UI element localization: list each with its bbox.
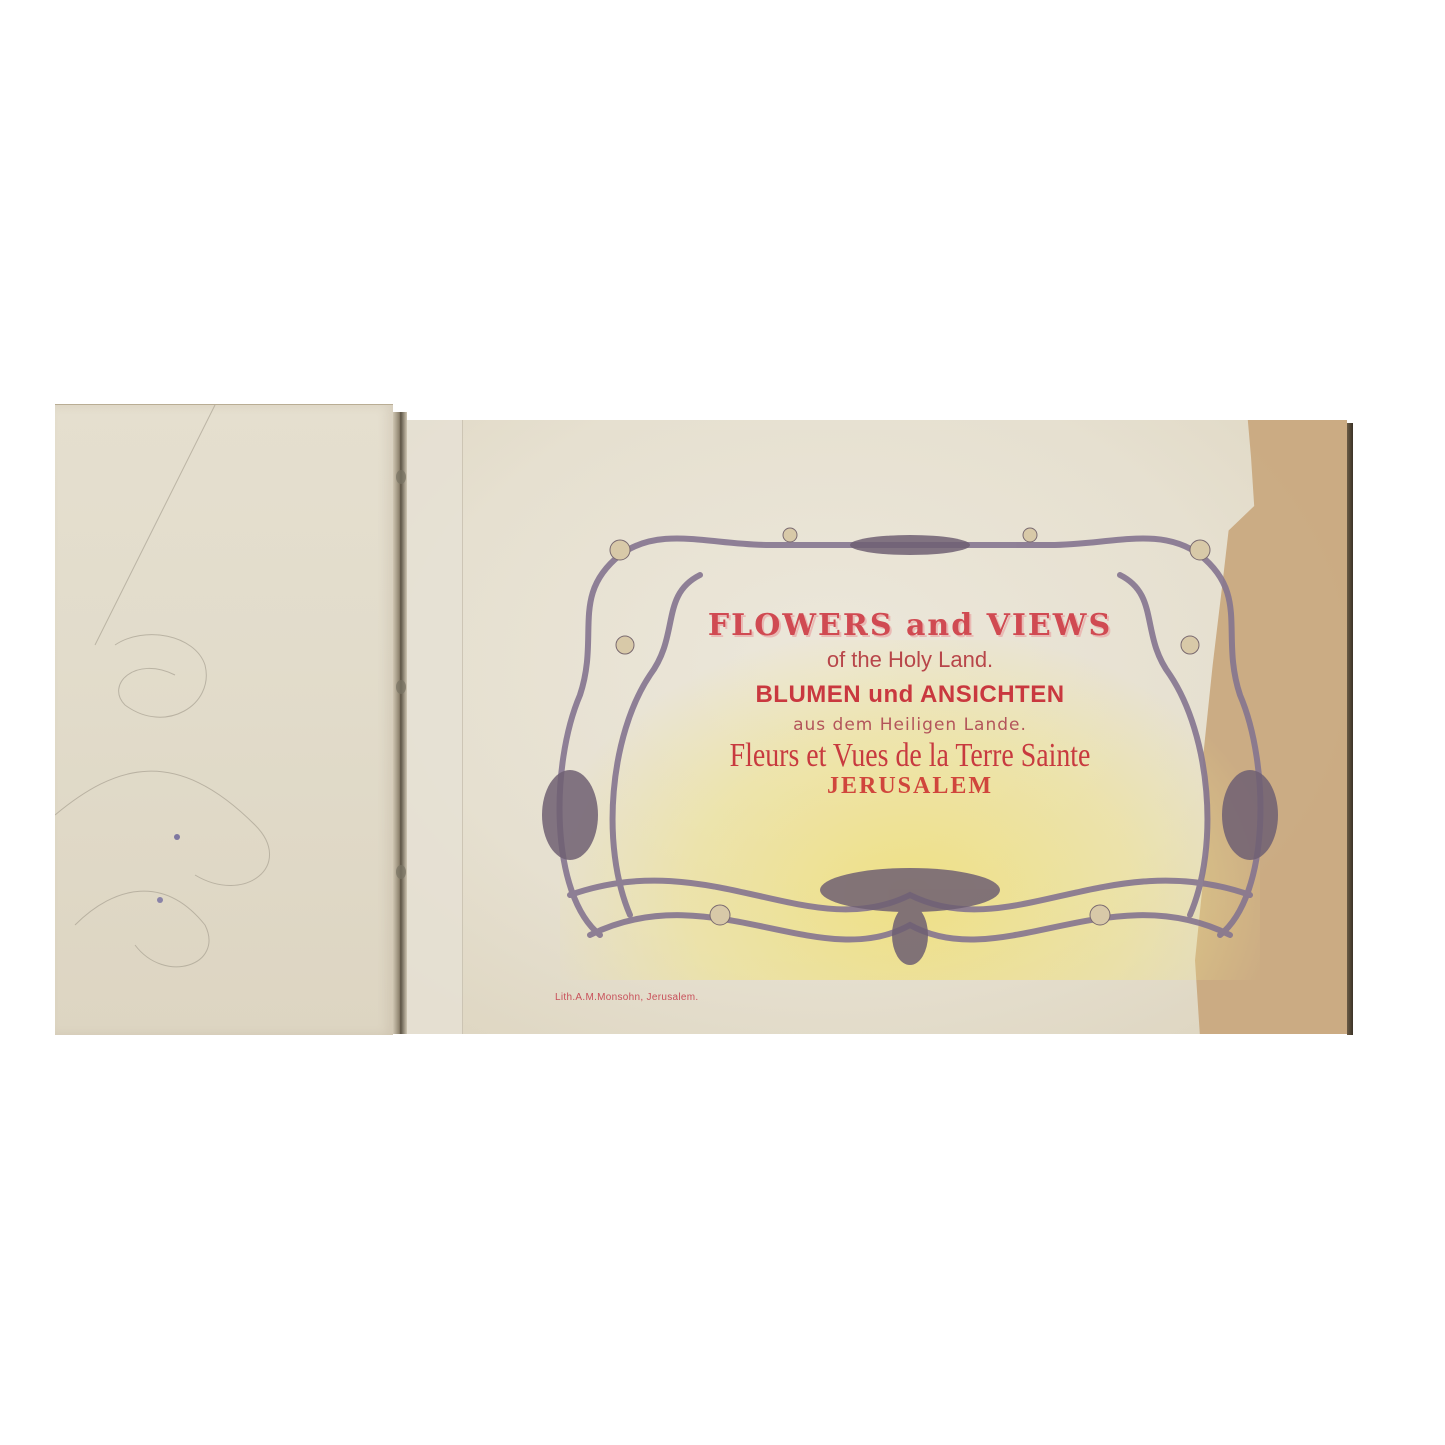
stitch (396, 865, 406, 879)
inner-margin (407, 420, 463, 1034)
album-photo: FLOWERS and VIEWS of the Holy Land. BLUM… (0, 0, 1445, 1445)
printer-imprint: Lith.A.M.Monsohn, Jerusalem. (555, 992, 698, 1003)
title-text-block: FLOWERS and VIEWS of the Holy Land. BLUM… (600, 600, 1220, 800)
stitch (396, 680, 406, 694)
left-flyleaf (55, 404, 393, 1035)
place-name: JERUSALEM (600, 773, 1220, 800)
stitch (396, 470, 406, 484)
page-block-edge (1347, 423, 1353, 1035)
title-english: FLOWERS and VIEWS (600, 608, 1220, 643)
subtitle-german: aus dem Heiligen Lande. (600, 715, 1220, 735)
title-french: Fleurs et Vues de la Terre Sainte (656, 737, 1164, 775)
binding-gutter (393, 412, 407, 1034)
subtitle-english: of the Holy Land. (600, 647, 1220, 673)
title-german: BLUMEN und ANSICHTEN (600, 681, 1220, 709)
pencil-scribbles (55, 405, 393, 1035)
